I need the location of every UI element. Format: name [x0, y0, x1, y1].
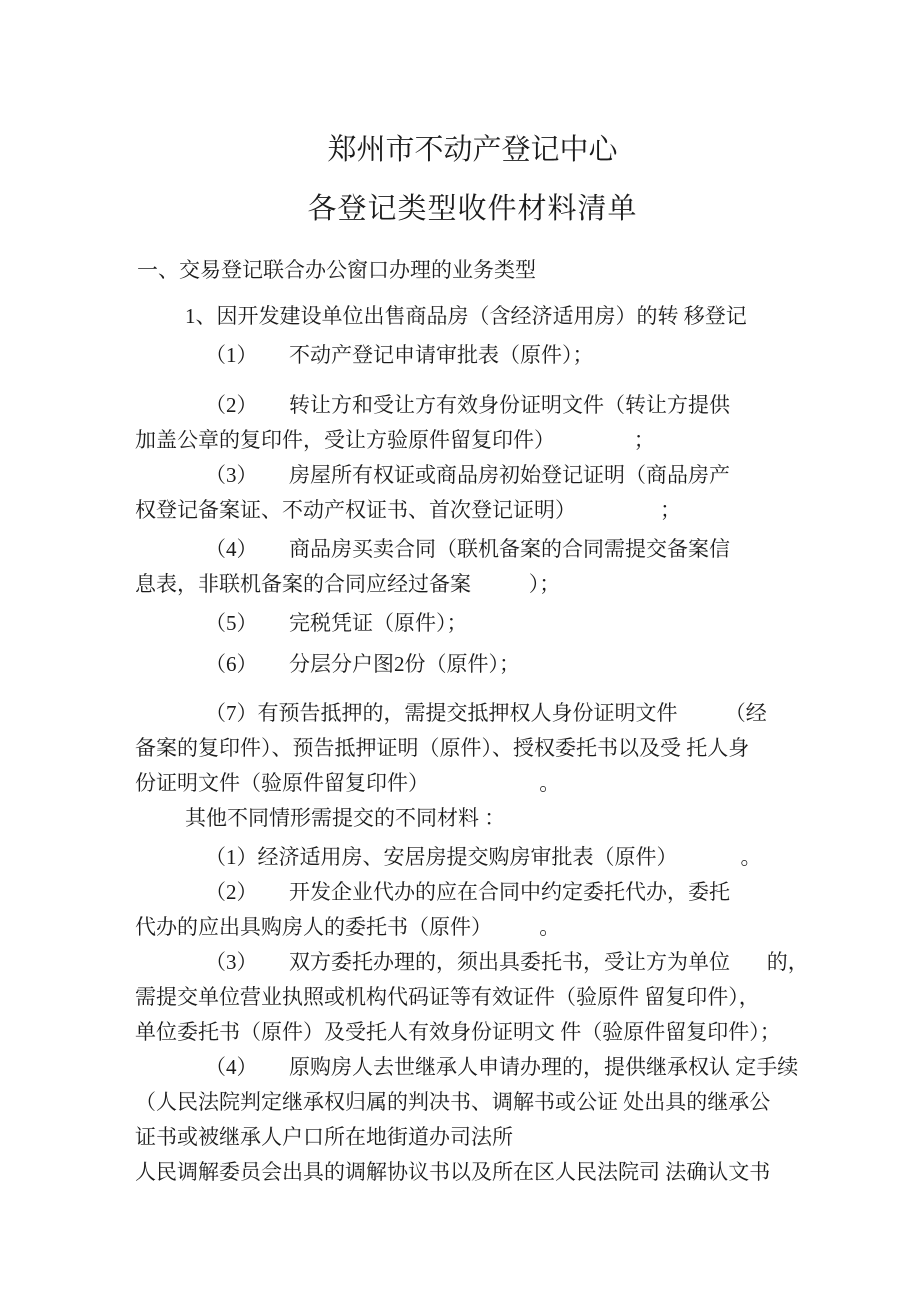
- text-line: 1、因开发建设单位出售商品房（含经济适用房）的转 移登记: [185, 299, 810, 334]
- text-line: （2） 开发企业代办的应在合同中约定委托代办，委托: [205, 875, 810, 910]
- text-line: 代办的应出具购房人的委托书（原件） 。: [135, 910, 810, 945]
- text-line: （2） 转让方和受让方有效身份证明文件（转让方提供: [205, 388, 810, 423]
- text-line: 份证明文件（验原件留复印件） 。: [135, 766, 810, 801]
- text-line: 人民调解委员会出具的调解协议书以及所在区人民法院司 法确认文书: [135, 1155, 810, 1190]
- text-line: （5） 完税凭证（原件）；: [205, 606, 810, 641]
- text-line: 需提交单位营业执照或机构代码证等有效证件（验原件 留复印件），: [135, 980, 810, 1015]
- text-line: 加盖公章的复印件，受让方验原件留复印件） ；: [135, 423, 810, 458]
- text-line: 其他不同情形需提交的不同材料 ：: [185, 801, 810, 836]
- document-page: 郑州市不动产登记中心 各登记类型收件材料清单 一、交易登记联合办公窗口办理的业务…: [0, 0, 920, 1303]
- text-line: （1）经济适用房、安居房提交购房审批表（原件） 。: [205, 840, 810, 875]
- text-line: 备案的复印件）、预告抵押证明（原件）、授权委托书以及受 托人身: [135, 731, 810, 766]
- text-line: （6） 分层分户图2份（原件）；: [205, 647, 810, 682]
- document-title: 郑州市不动产登记中心: [135, 133, 810, 168]
- text-line: 证书或被继承人户口所在地街道办司法所: [135, 1120, 810, 1155]
- text-line: （7）有预告抵押的，需提交抵押权人身份证明文件 （经: [205, 696, 810, 731]
- text-line: 单位委托书（原件）及受托人有效身份证明文 件（验原件留复印件）；: [135, 1015, 810, 1050]
- text-line: （3） 双方委托办理的，须出具委托书，受让方为单位 的，: [205, 945, 810, 980]
- text-line: （4） 商品房买卖合同（联机备案的合同需提交备案信: [205, 532, 810, 567]
- text-line: 息表，非联机备案的合同应经过备案 ）；: [135, 567, 810, 602]
- text-line: （人民法院判定继承权归属的判决书、调解书或公证 处出具的继承公: [135, 1085, 810, 1120]
- section-heading: 一、交易登记联合办公窗口办理的业务类型: [137, 253, 810, 288]
- text-line: 权登记备案证、不动产权证书、首次登记证明） ；: [135, 493, 810, 528]
- text-line: （1） 不动产登记申请审批表（原件）；: [205, 338, 810, 373]
- document-body: 1、因开发建设单位出售商品房（含经济适用房）的转 移登记（1） 不动产登记申请审…: [135, 299, 810, 1190]
- text-line: （3） 房屋所有权证或商品房初始登记证明（商品房产: [205, 458, 810, 493]
- document-subtitle: 各登记类型收件材料清单: [135, 192, 810, 227]
- text-line: （4） 原购房人去世继承人申请办理的，提供继承权认 定手续: [205, 1050, 810, 1085]
